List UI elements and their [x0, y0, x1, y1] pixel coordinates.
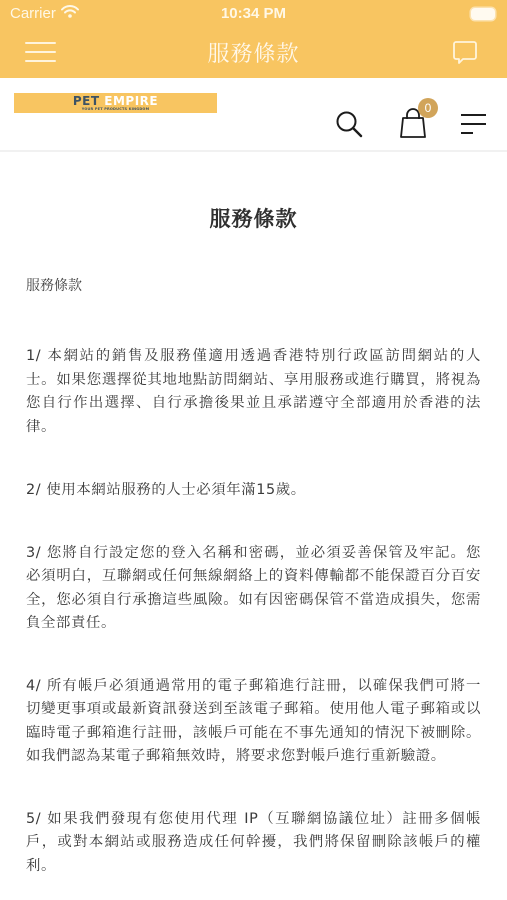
logo-tagline: YOUR PET PRODUCTS KINGDOM: [82, 107, 150, 112]
chat-button[interactable]: [452, 40, 478, 66]
store-header: PET EMPIRE YOUR PET PRODUCTS KINGDOM 0: [0, 78, 507, 152]
battery-icon: [471, 8, 495, 20]
terms-paragraph-5: 5/ 如果我們發現有您使用代理 IP（互聯網協議位址）註冊多個帳戶，或對本網站或…: [26, 808, 481, 879]
search-button[interactable]: [334, 109, 364, 139]
logo-wordmark: PET EMPIRE: [73, 95, 158, 107]
terms-paragraph-2: 2/ 使用本網站服務的人士必須年滿15歲。: [26, 479, 481, 503]
terms-paragraph-1: 1/ 本網站的銷售及服務僅適用透過香港特別行政區訪問網站的人士。如果您選擇從其地…: [26, 345, 481, 439]
store-menu-button[interactable]: [459, 112, 487, 136]
terms-paragraph-4: 4/ 所有帳戶必須通過常用的電子郵箱進行註冊，以確保我們可將一切變更事項或最新資…: [26, 675, 481, 769]
terms-paragraph-3: 3/ 您將自行設定您的登入名稱和密碼，並必須妥善保管及牢記。您必須明白，互聯網或…: [26, 542, 481, 636]
page-heading: 服務條款: [26, 204, 481, 234]
nav-title: 服務條款: [0, 37, 507, 68]
cart-count-badge: 0: [418, 98, 438, 118]
status-bar: Carrier 10:34 PM: [0, 0, 507, 28]
search-icon: [334, 109, 364, 139]
navigation-bar: 服務條款: [0, 28, 507, 78]
status-time: 10:34 PM: [0, 5, 507, 22]
terms-content: 服務條款 服務條款 1/ 本網站的銷售及服務僅適用透過香港特別行政區訪問網站的人…: [0, 152, 507, 900]
logo-word-empire: EMPIRE: [104, 94, 158, 108]
top-bar: Carrier 10:34 PM 服務條款: [0, 0, 507, 78]
pet-empire-logo[interactable]: PET EMPIRE YOUR PET PRODUCTS KINGDOM: [14, 93, 217, 113]
chat-bubble-icon: [452, 40, 478, 66]
section-subtitle: 服務條款: [26, 276, 481, 296]
logo-word-pet: PET: [73, 94, 100, 108]
menu-lines-icon: [459, 112, 487, 136]
